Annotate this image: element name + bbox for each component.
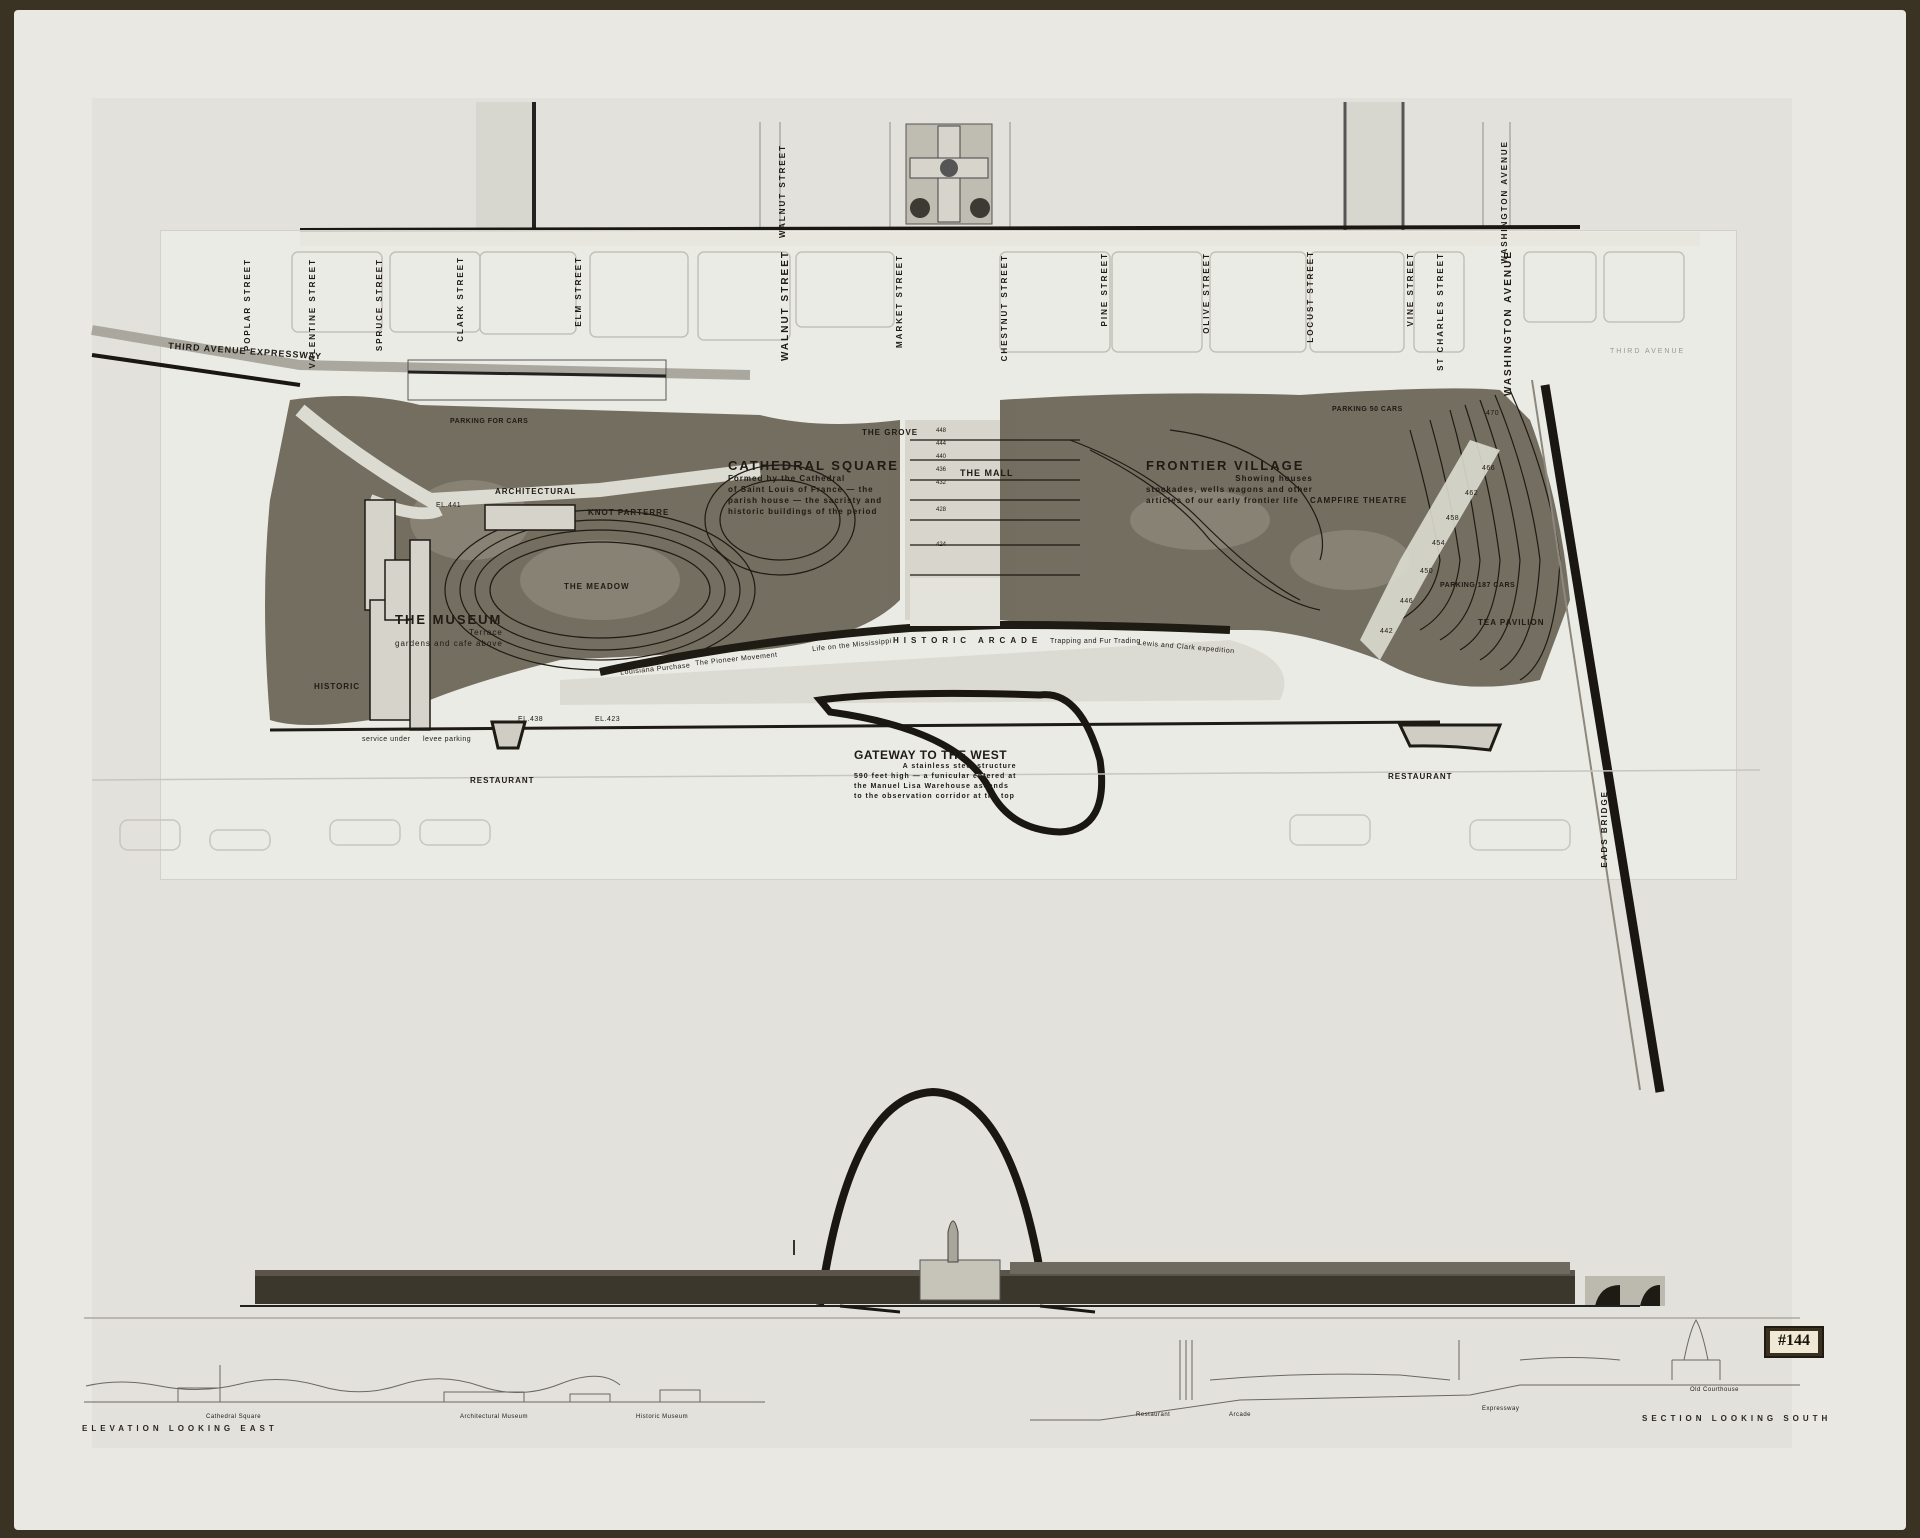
section-caption: SECTION LOOKING SOUTH xyxy=(1642,1414,1831,1423)
elevation-label: Cathedral Square xyxy=(206,1414,261,1420)
section-label: Expressway xyxy=(1482,1406,1519,1412)
elevation-section-drawings xyxy=(0,0,1920,1538)
section-label: Restaurant xyxy=(1136,1412,1170,1418)
elevation-label: Historic Museum xyxy=(636,1414,688,1420)
section-label: Old Courthouse xyxy=(1690,1387,1739,1393)
catalog-number-badge: #144 xyxy=(1764,1326,1824,1358)
section-looking-south xyxy=(1030,1320,1800,1420)
elevation-label: Architectural Museum xyxy=(460,1414,528,1420)
section-label: Arcade xyxy=(1229,1412,1251,1418)
elevation-looking-east xyxy=(84,1365,765,1402)
catalog-number: #144 xyxy=(1770,1331,1818,1353)
elevation-caption: ELEVATION LOOKING EAST xyxy=(82,1424,278,1433)
